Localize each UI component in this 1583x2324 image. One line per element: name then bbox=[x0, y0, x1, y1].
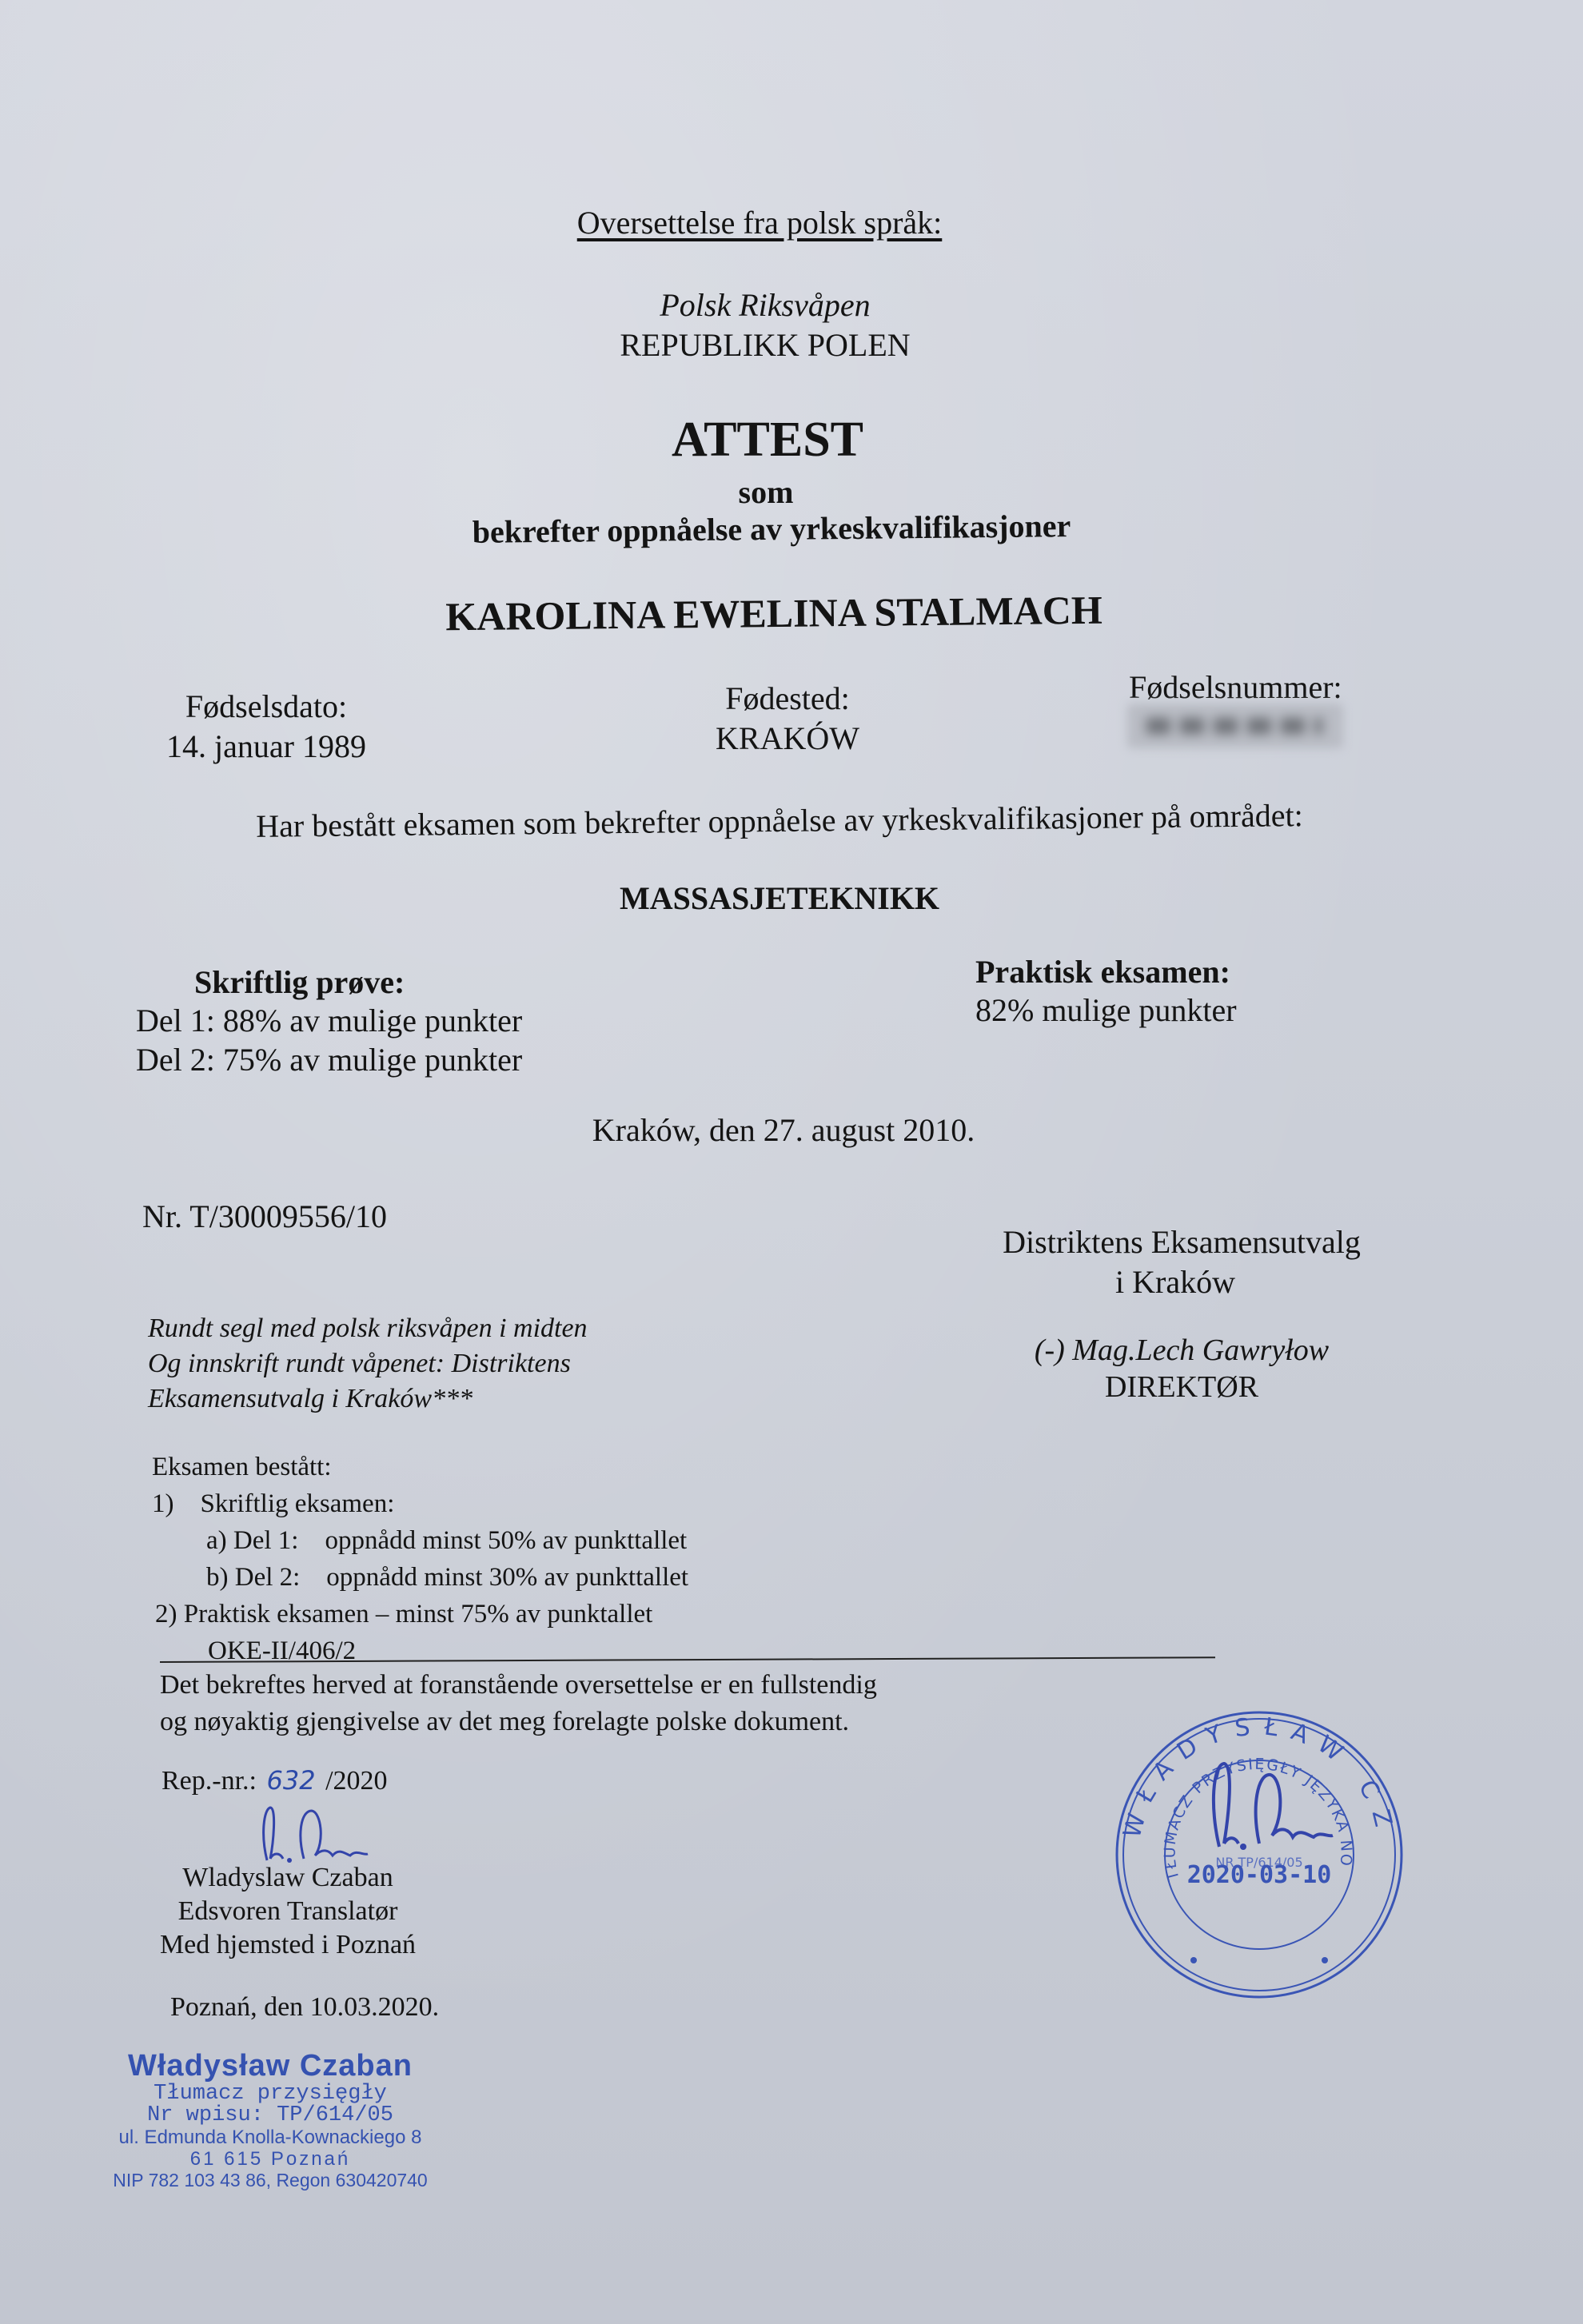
seal-description-line: Eksamensutvalg i Kraków*** bbox=[148, 1381, 588, 1417]
stamp-registry: Nr wpisu: TP/614/05 bbox=[113, 2105, 427, 2127]
certificate-number: Nr. T/30009556/10 bbox=[142, 1198, 387, 1235]
stamp-postal: 61 615 Poznań bbox=[113, 2148, 427, 2170]
title-subline-1: som bbox=[739, 473, 794, 511]
translator-block: Wladyslaw Czaban Edsvoren Translatør Med… bbox=[160, 1861, 416, 1962]
seal-description-line: Rundt segl med polsk riksvåpen i midten bbox=[148, 1311, 588, 1346]
birth-date-value: 14. januar 1989 bbox=[166, 727, 366, 765]
written-exam-part2: Del 2: 75% av mulige punkter bbox=[136, 1041, 522, 1078]
stamp-name: Władysław Czaban bbox=[113, 2048, 427, 2083]
certification-text-line: og nøyaktig gjengivelse av det meg forel… bbox=[160, 1704, 877, 1740]
seal-description: Rundt segl med polsk riksvåpen i midten … bbox=[148, 1311, 588, 1417]
issuer-line-1: Distriktens Eksamensutvalg bbox=[1003, 1223, 1361, 1261]
stamp-tax-ids: NIP 782 103 43 86, Regon 630420740 bbox=[113, 2170, 427, 2191]
title-subline-2: bekrefter oppnåelse av yrkeskvalifikasjo… bbox=[473, 507, 1071, 551]
pass-criteria-item: 2) Praktisk eksamen – minst 75% av punkt… bbox=[152, 1596, 688, 1632]
practical-exam-label: Praktisk eksamen: bbox=[975, 953, 1230, 991]
qualification-statement: Har bestått eksamen som bekrefter oppnåe… bbox=[256, 796, 1303, 845]
svg-text:2020-03-10: 2020-03-10 bbox=[1187, 1861, 1332, 1889]
pass-criteria-subitem: b) Del 2: oppnådd minst 30% av punkttall… bbox=[152, 1559, 688, 1596]
director-title: DIREKTØR bbox=[1105, 1369, 1258, 1405]
id-number-label: Fødselsnummer: bbox=[1129, 668, 1342, 706]
pass-criteria-subitem: a) Del 1: oppnådd minst 50% av punkttall… bbox=[152, 1522, 688, 1559]
certification-text: Det bekreftes herved at foranstående ove… bbox=[160, 1667, 877, 1740]
rep-number-year: /2020 bbox=[325, 1766, 387, 1796]
rep-number-label: Rep.-nr.: bbox=[161, 1766, 257, 1796]
holder-name: KAROLINA EWELINA STALMACH bbox=[445, 587, 1103, 640]
id-number-redacted bbox=[1127, 704, 1343, 748]
director-signatory: (-) Mag.Lech Gawryłow bbox=[1035, 1333, 1329, 1368]
rep-number: Rep.-nr.: 632 /2020 bbox=[161, 1765, 388, 1796]
issue-place-date: Kraków, den 27. august 2010. bbox=[592, 1111, 975, 1149]
translator-title: Edsvoren Translatør bbox=[160, 1895, 416, 1928]
seal-description-line: Og innskrift rundt våpenet: Distriktens bbox=[148, 1346, 588, 1381]
stamp-title: Tłumacz przysięgły bbox=[113, 2083, 427, 2105]
document-page: Oversettelse fra polsk språk: Polsk Riks… bbox=[0, 0, 1583, 2324]
qualification-field: MASSASJETEKNIKK bbox=[620, 879, 939, 917]
pass-criteria-label: Eksamen bestått: bbox=[152, 1449, 688, 1485]
birth-date-label: Fødselsdato: bbox=[185, 688, 347, 725]
rep-number-handwritten: 632 bbox=[266, 1765, 315, 1796]
pass-criteria-item: 1) Skriftlig eksamen: bbox=[152, 1485, 688, 1522]
translator-stamp: Władysław Czaban Tłumacz przysięgły Nr w… bbox=[113, 2048, 427, 2191]
coat-of-arms-label: Polsk Riksvåpen bbox=[660, 286, 870, 324]
issuer-line-2: i Kraków bbox=[1115, 1263, 1235, 1301]
pass-criteria-code: OKE-II/406/2 bbox=[152, 1632, 688, 1669]
written-exam-label: Skriftlig prøve: bbox=[194, 963, 405, 1001]
birth-place-label: Fødested: bbox=[725, 680, 850, 717]
translator-signature-icon bbox=[256, 1803, 400, 1867]
translator-name: Wladyslaw Czaban bbox=[160, 1861, 416, 1895]
document-title: ATTEST bbox=[672, 412, 863, 468]
country-name: REPUBLIKK POLEN bbox=[620, 326, 910, 364]
translation-heading: Oversettelse fra polsk språk: bbox=[577, 204, 943, 241]
stamp-address: ul. Edmunda Knolla-Kownackiego 8 bbox=[113, 2127, 427, 2148]
translator-location: Med hjemsted i Poznań bbox=[160, 1928, 416, 1962]
round-seal-icon: WŁADYSŁAW CZABAN TŁUMACZ PRZYSIĘGŁY JĘZY… bbox=[1107, 1703, 1411, 2007]
translation-date: Poznań, den 10.03.2020. bbox=[170, 1992, 439, 2023]
birth-place-value: KRAKÓW bbox=[716, 720, 859, 757]
practical-exam-score: 82% mulige punkter bbox=[975, 991, 1237, 1029]
certification-text-line: Det bekreftes herved at foranstående ove… bbox=[160, 1667, 877, 1704]
written-exam-part1: Del 1: 88% av mulige punkter bbox=[136, 1002, 522, 1039]
pass-criteria: Eksamen bestått: 1) Skriftlig eksamen: a… bbox=[152, 1449, 688, 1669]
